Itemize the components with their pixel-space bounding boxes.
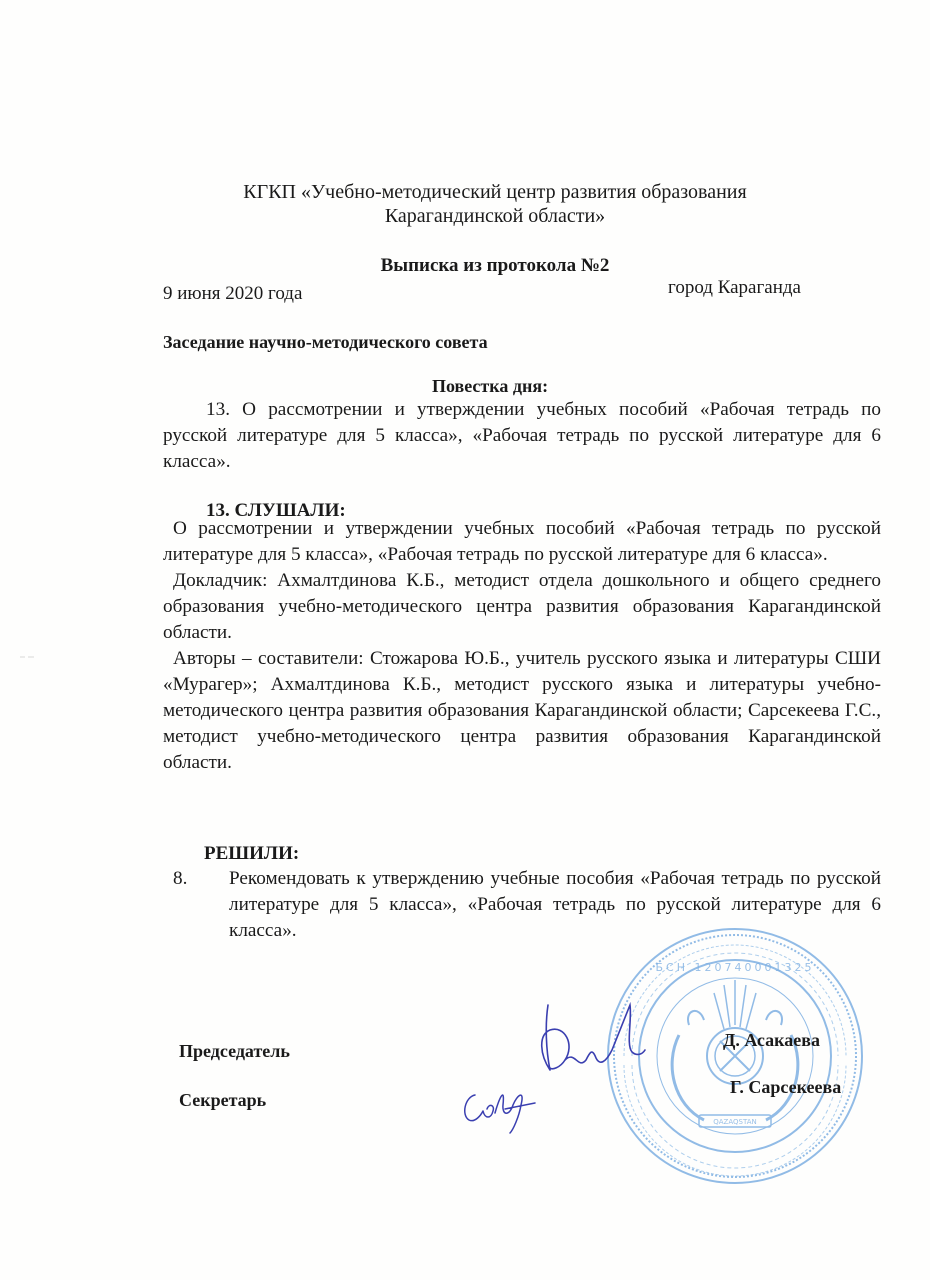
chair-name: Д. Асакаева xyxy=(723,1030,820,1051)
document-date: 9 июня 2020 года xyxy=(163,283,302,305)
heard-paragraph-topic: О рассмотрении и утверждении учебных пос… xyxy=(163,516,881,568)
meeting-label: Заседание научно-методического совета xyxy=(163,332,488,353)
document-page: КГКП «Учебно-методический центр развития… xyxy=(0,0,930,1280)
document-title: Выписка из протокола №2 xyxy=(150,255,840,277)
secretary-name: Г. Сарсекеева xyxy=(730,1077,841,1098)
organization-header: КГКП «Учебно-методический центр развития… xyxy=(150,180,840,228)
svg-text:QAZAQSTAN: QAZAQSTAN xyxy=(713,1118,756,1126)
chair-signature-icon xyxy=(520,1000,660,1080)
heard-paragraph-speaker: Докладчик: Ахмалтдинова К.Б., методист о… xyxy=(163,568,881,646)
heard-section: О рассмотрении и утверждении учебных пос… xyxy=(163,516,881,776)
svg-text:БСН 120740001325: БСН 120740001325 xyxy=(656,961,815,974)
chair-label: Председатель xyxy=(179,1041,290,1062)
org-line-2: Карагандинской области» xyxy=(150,204,840,228)
agenda-heading: Повестка дня: xyxy=(150,376,830,397)
heard-paragraph-authors: Авторы – составители: Стожарова Ю.Б., уч… xyxy=(163,646,881,776)
document-city: город Караганда xyxy=(668,277,801,299)
decision-number: 8. xyxy=(163,866,229,944)
agenda-item: 13. О рассмотрении и утверждении учебных… xyxy=(163,397,881,475)
margin-mark-icon xyxy=(20,654,38,660)
secretary-label: Секретарь xyxy=(179,1090,266,1111)
org-line-1: КГКП «Учебно-методический центр развития… xyxy=(150,180,840,204)
secretary-signature-icon xyxy=(455,1075,545,1135)
decided-heading: РЕШИЛИ: xyxy=(204,843,299,865)
